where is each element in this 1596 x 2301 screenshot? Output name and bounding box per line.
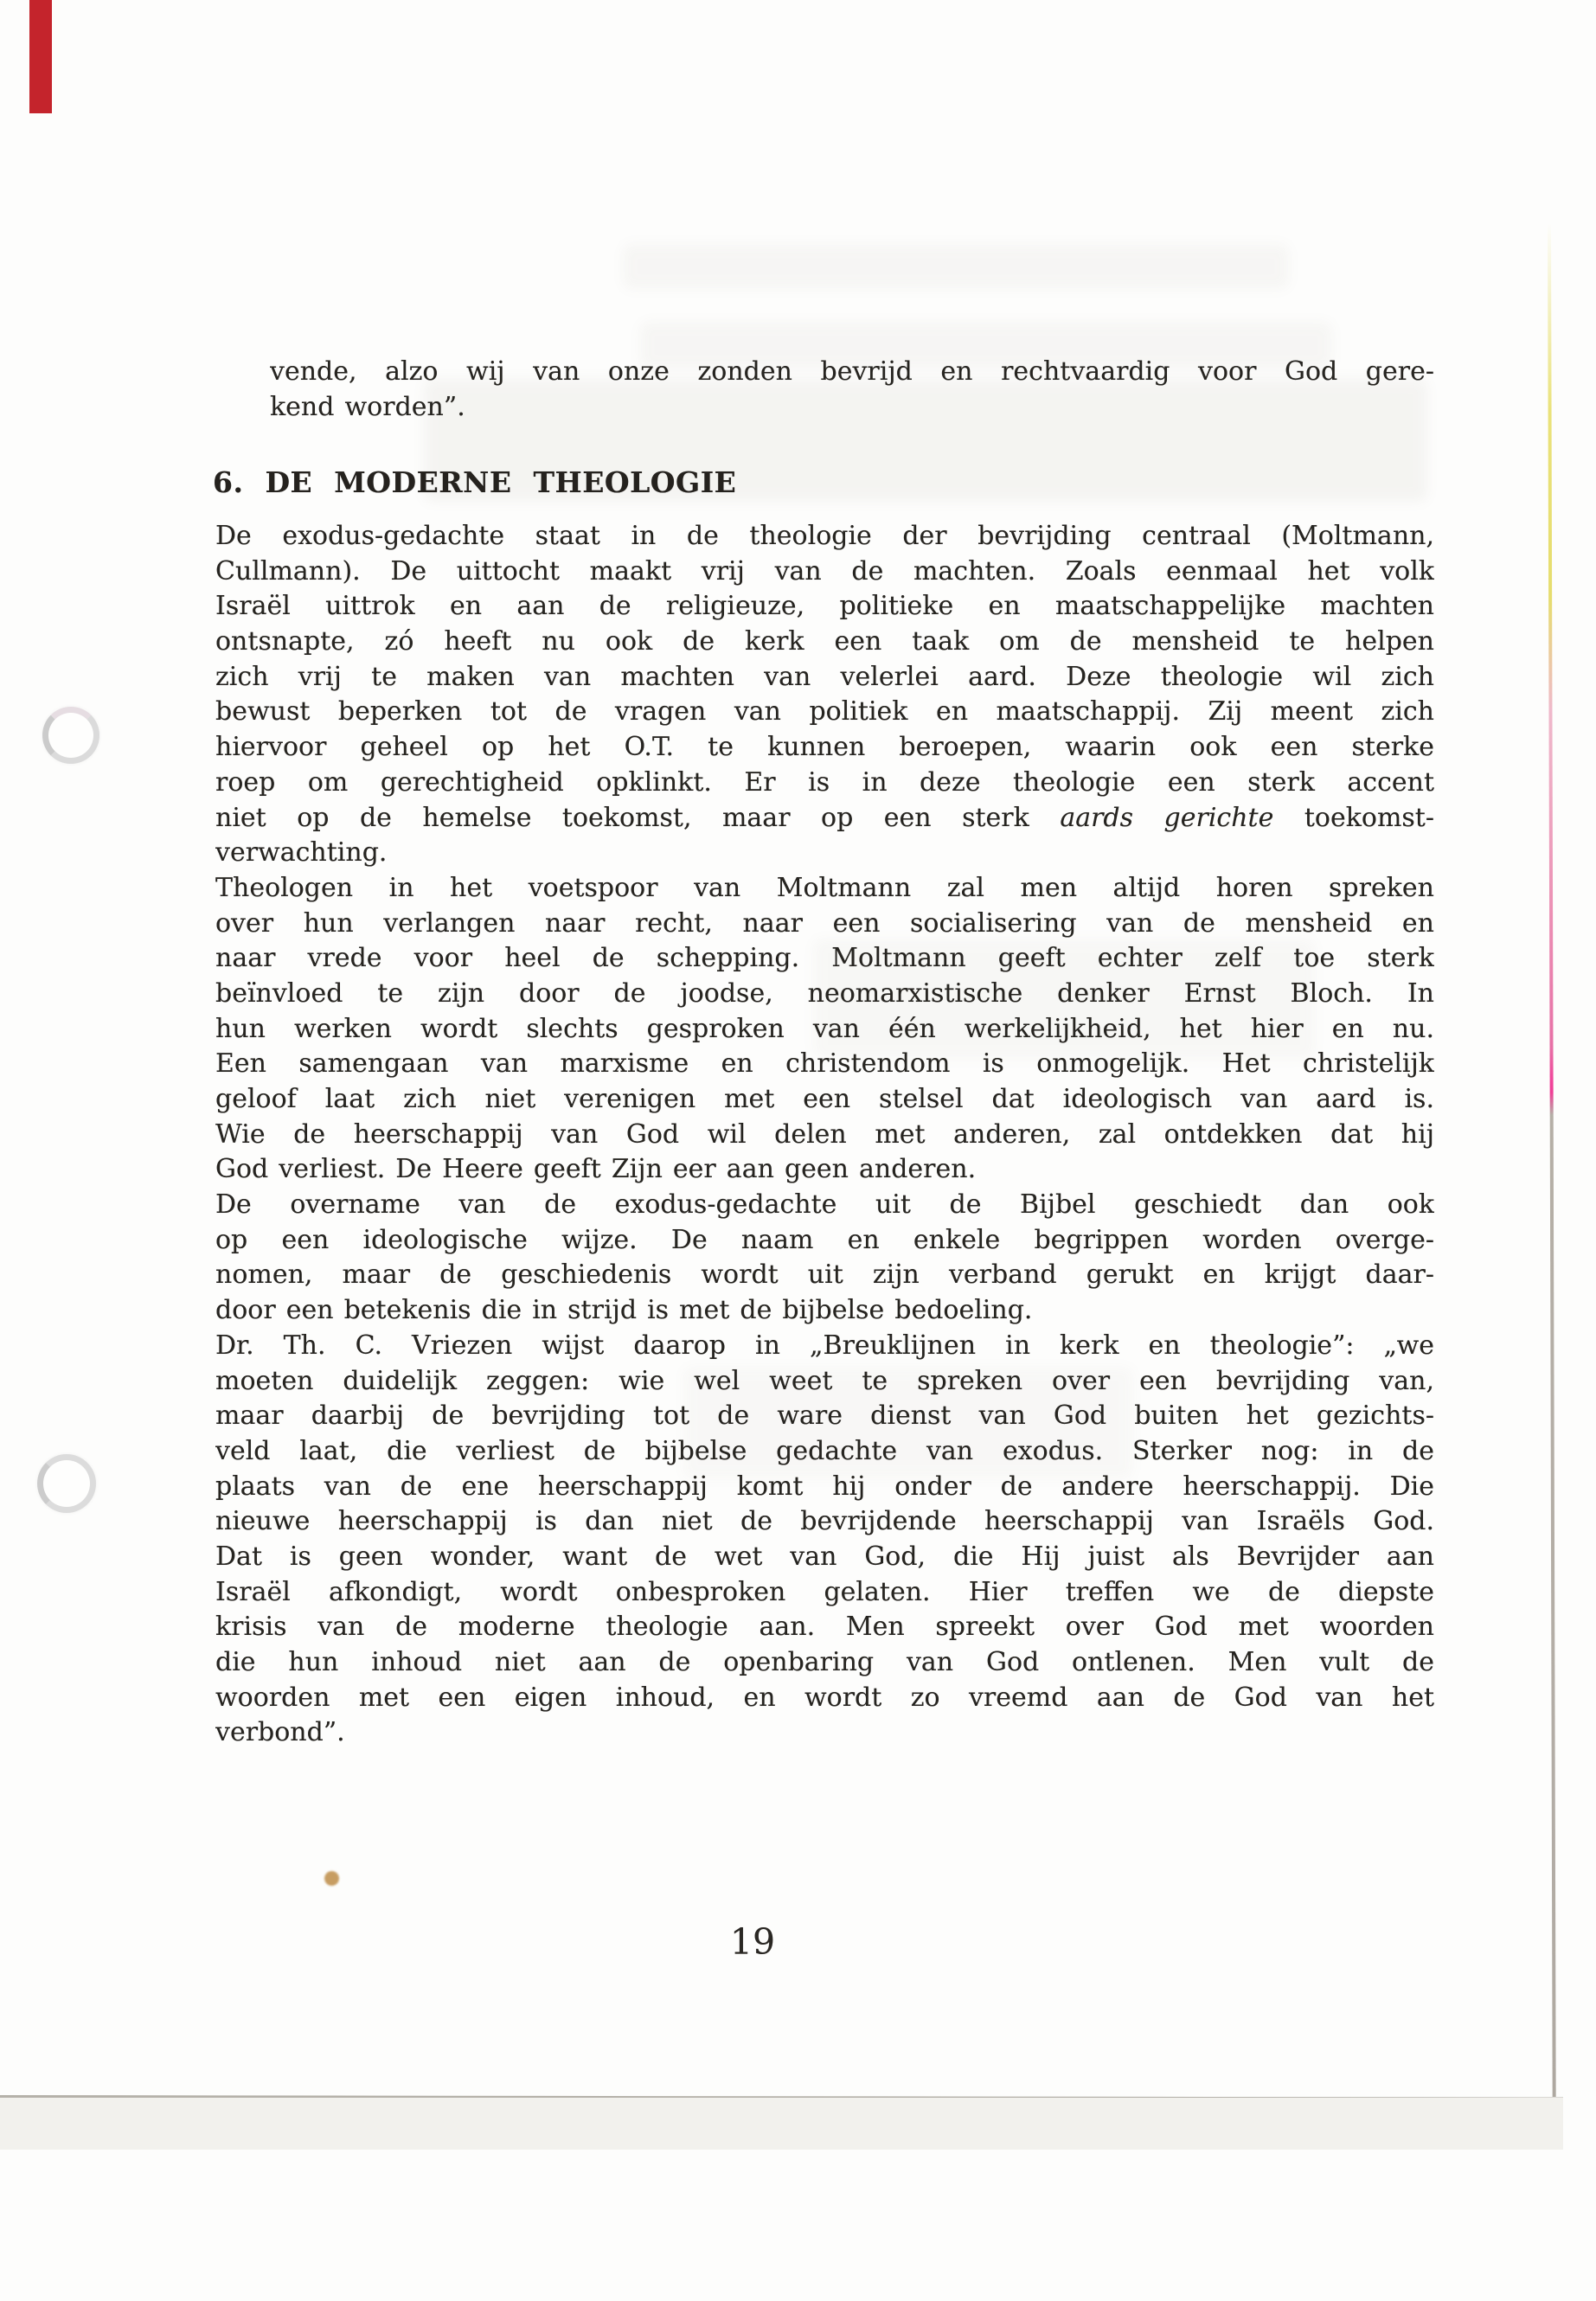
- text-line: God verliest. De Heere geeft Zijn eer aa…: [215, 1152, 1434, 1188]
- text-line: Cullmann). De uittocht maakt vrij van de…: [215, 554, 1434, 590]
- text-segment: toekomst-: [1273, 803, 1434, 833]
- text-line: ontsnapte, zó heeft nu ook de kerk een t…: [215, 625, 1434, 660]
- text-line: op een ideologische wijze. De naam en en…: [215, 1223, 1434, 1259]
- text-line: maar daarbij de bevrijding tot de ware d…: [215, 1399, 1434, 1434]
- text-line: roep om gerechtigheid opklinkt. Er is in…: [215, 766, 1434, 801]
- text-line: naar vrede voor heel de schepping. Moltm…: [215, 941, 1434, 977]
- text-line: Een samengaan van marxisme en christendo…: [215, 1047, 1434, 1082]
- section-heading: 6. DE MODERNE THEOLOGIE: [213, 465, 736, 500]
- text-line: die hun inhoud niet aan de openbaring va…: [215, 1645, 1434, 1681]
- text-line: kend worden”.: [270, 390, 1434, 426]
- punch-hole-top: [42, 707, 99, 764]
- punch-hole-bottom: [37, 1454, 96, 1513]
- page-edge-color-line: [1548, 223, 1556, 2097]
- text-line: door een betekenis die in strijd is met …: [215, 1293, 1434, 1329]
- text-line: Israël afkondigt, wordt onbesproken gela…: [215, 1575, 1434, 1611]
- body-text: De exodus-gedachte staat in de theologie…: [215, 519, 1434, 1751]
- text-line: nomen, maar de geschiedenis wordt uit zi…: [215, 1258, 1434, 1293]
- red-corner-mark: [29, 0, 52, 113]
- scanned-book-page: vende, alzo wij van onze zonden bevrijd …: [0, 0, 1596, 2301]
- text-line: over hun verlangen naar recht, naar een …: [215, 907, 1434, 942]
- text-segment: niet op de hemelse toekomst, maar op een…: [215, 803, 1060, 833]
- text-line: De exodus-gedachte staat in de theologie…: [215, 519, 1434, 554]
- text-line: plaats van de ene heerschappij komt hij …: [215, 1470, 1434, 1505]
- text-line: verbond”.: [215, 1715, 1434, 1751]
- text-line: bewust beperken tot de vragen van politi…: [215, 695, 1434, 730]
- text-line: hiervoor geheel op het O.T. te kunnen be…: [215, 730, 1434, 766]
- text-line: beïnvloed te zijn door de joodse, neomar…: [215, 977, 1434, 1012]
- text-line: nieuwe heerschappij is dan niet de bevri…: [215, 1504, 1434, 1540]
- text-line: krisis van de moderne theologie aan. Men…: [215, 1610, 1434, 1645]
- scan-edge-band: [0, 2098, 1563, 2150]
- text-line-with-italic: niet op de hemelse toekomst, maar op een…: [215, 801, 1434, 836]
- italic-text-segment: aards gerichte: [1060, 803, 1273, 833]
- text-line: Wie de heerschappij van God wil delen me…: [215, 1118, 1434, 1153]
- text-line: woorden met een eigen inhoud, en wordt z…: [215, 1681, 1434, 1716]
- quote-continuation: vende, alzo wij van onze zonden bevrijd …: [270, 355, 1434, 425]
- text-line: verwachting.: [215, 836, 1434, 871]
- text-line: hun werken wordt slechts gesproken van é…: [215, 1012, 1434, 1048]
- page-number: 19: [718, 1922, 787, 1962]
- text-line: Dat is geen wonder, want de wet van God,…: [215, 1540, 1434, 1575]
- text-line: veld laat, die verliest de bijbelse geda…: [215, 1434, 1434, 1470]
- text-line: vende, alzo wij van onze zonden bevrijd …: [270, 355, 1434, 390]
- text-line: geloof laat zich niet verenigen met een …: [215, 1082, 1434, 1118]
- text-line: Dr. Th. C. Vriezen wijst daarop in „Breu…: [215, 1329, 1434, 1364]
- text-line: zich vrij te maken van machten van veler…: [215, 660, 1434, 695]
- text-line: moeten duidelijk zeggen: wie wel weet te…: [215, 1364, 1434, 1400]
- text-line: Theologen in het voetspoor van Moltmann …: [215, 871, 1434, 907]
- bleed-through-ghost: [623, 244, 1289, 289]
- tan-speck: [324, 1871, 339, 1886]
- text-line: Israël uittrok en aan de religieuze, pol…: [215, 589, 1434, 625]
- text-line: De overname van de exodus-gedachte uit d…: [215, 1188, 1434, 1223]
